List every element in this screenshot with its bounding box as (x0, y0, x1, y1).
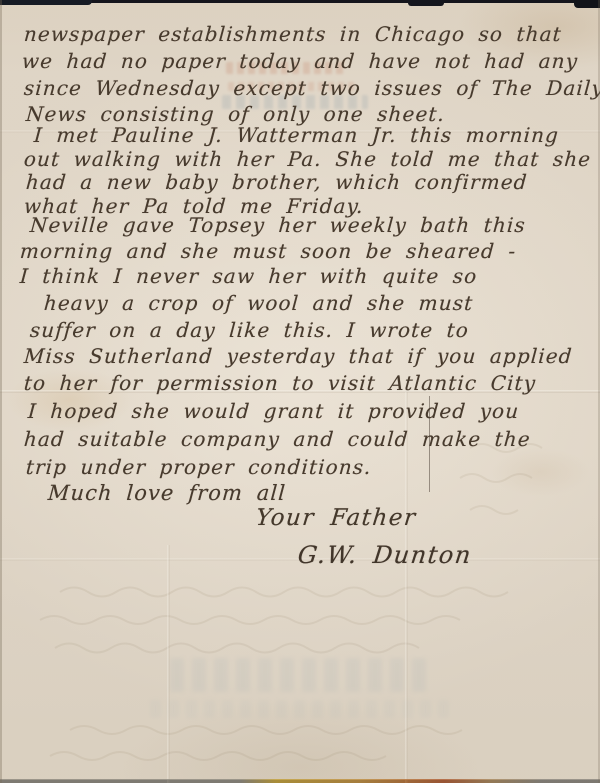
letter-line: trip under proper conditions. (25, 455, 372, 479)
letter-line: newspaper establishments in Chicago so t… (23, 22, 563, 46)
letter-line: I hoped she would grant it provided you (27, 399, 520, 423)
letter-line: since Wednesday except two issues of The… (23, 76, 600, 100)
letter-line: morning and she must soon be sheared - (19, 239, 517, 263)
letter-body: newspaper establishments in Chicago so t… (0, 0, 600, 783)
letter-line: to her for permission to visit Atlantic … (23, 371, 537, 395)
letter-line: we had no paper today and have not had a… (21, 49, 579, 73)
scan-edge-left (0, 0, 2, 783)
letter-line: Neville gave Topsey her weekly bath this (29, 213, 526, 237)
letter-line: heavy a crop of wool and she must (43, 291, 474, 315)
scan-edge-top (0, 0, 92, 5)
letter-line: I met Pauline J. Watterman Jr. this morn… (33, 123, 560, 147)
letter-line: out walking with her Pa. She told me tha… (23, 147, 592, 171)
scan-edge-bottom (0, 779, 600, 783)
letter-line: Much love from all (47, 481, 287, 505)
scan-edge-top (408, 0, 444, 6)
scan-edge-top (574, 0, 600, 8)
letter-line: suffer on a day like this. I wrote to (29, 318, 470, 342)
letter-line: Miss Sutherland yesterday that if you ap… (23, 344, 573, 368)
letter-line: had a new baby brother, which confirmed (25, 170, 528, 194)
scanned-letter-page: newspaper establishments in Chicago so t… (0, 0, 600, 783)
letter-signoff: Your Father (255, 505, 418, 531)
letter-line: had suitable company and could make the (23, 427, 532, 451)
letter-signature: G.W. Dunton (296, 541, 473, 569)
letter-line: I think I never saw her with quite so (19, 264, 478, 288)
